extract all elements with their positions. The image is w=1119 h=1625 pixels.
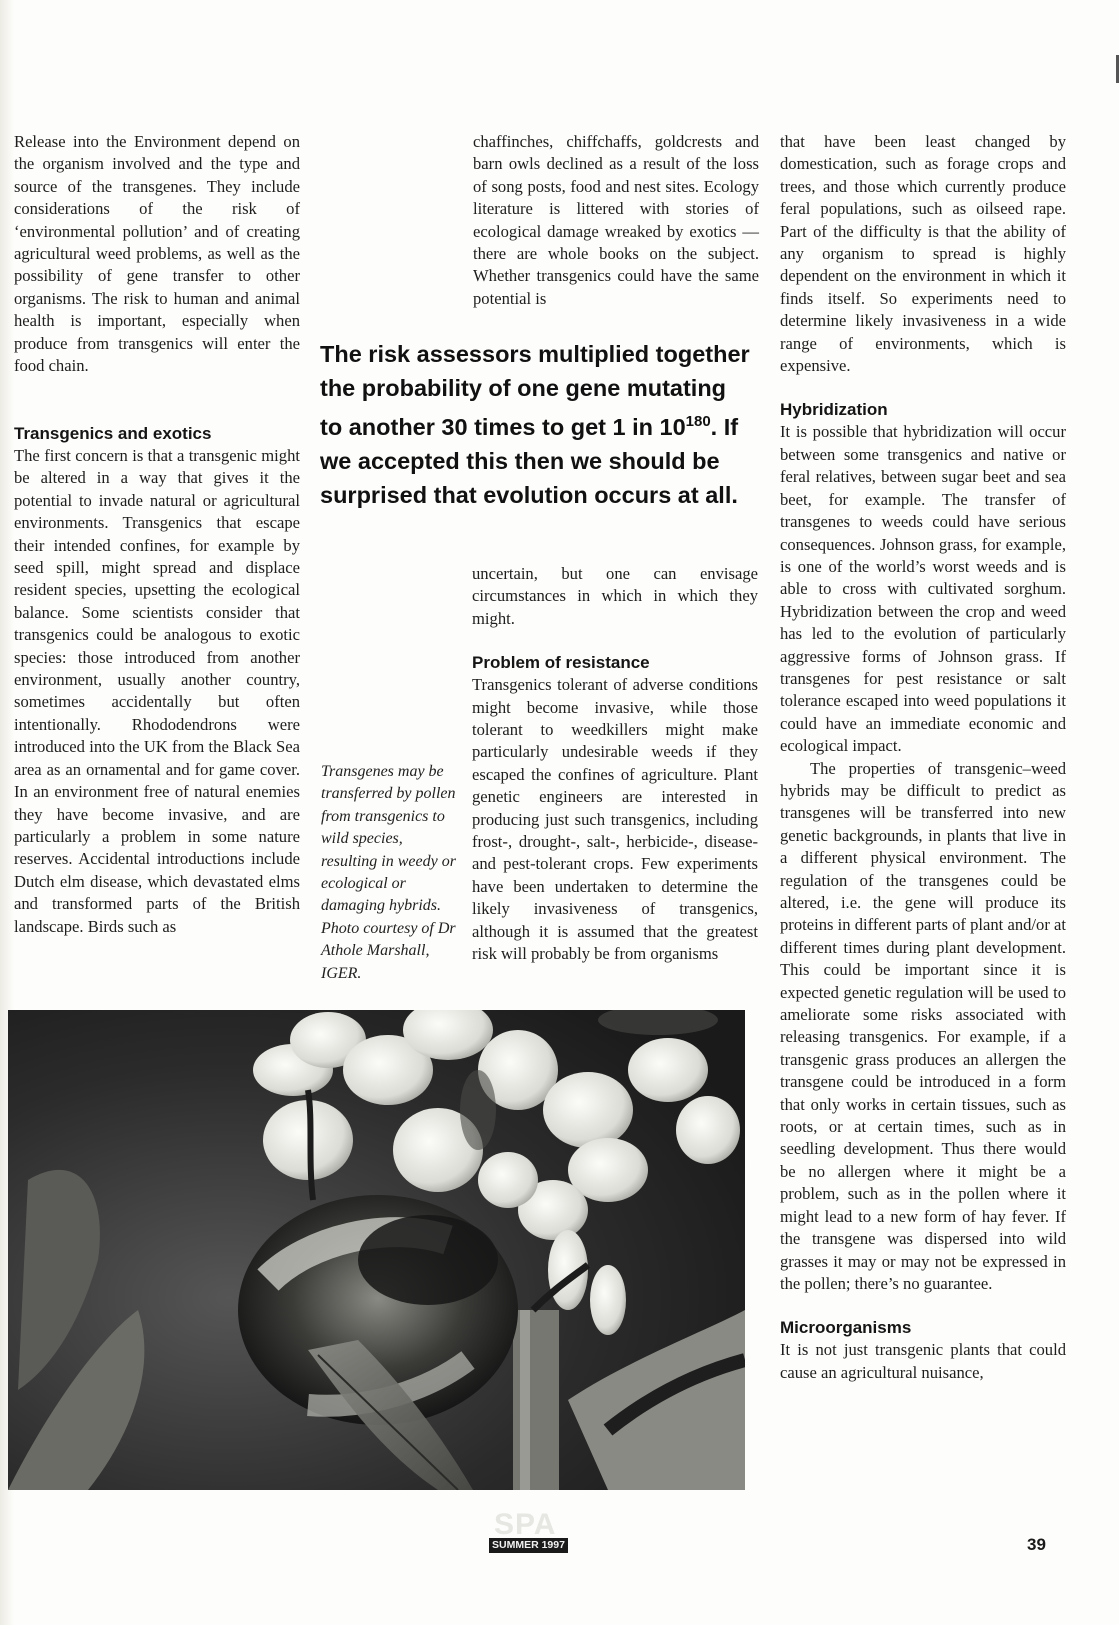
paragraph-continued: uncertain, but one can envisage circumst… [472, 563, 758, 630]
paragraph-intro: Release into the Environment depend on t… [14, 131, 300, 377]
paragraph-hybridization-2: The properties of transgenic–weed hybrid… [780, 758, 1066, 1296]
paragraph-birds: chaffinches, chiffchaffs, goldcrests and… [473, 131, 759, 310]
page-number: 39 [1027, 1535, 1046, 1555]
column-2-bottom: uncertain, but one can envisage circumst… [472, 563, 758, 966]
publication-logo: SPA [494, 1510, 556, 1540]
heading-microorganisms: Microorganisms [780, 1317, 1066, 1339]
heading-problem-of-resistance: Problem of resistance [472, 652, 758, 674]
column-1: Release into the Environment depend on t… [14, 131, 300, 377]
heading-transgenics-and-exotics: Transgenics and exotics [14, 423, 300, 445]
paragraph-domestication: that have been least changed by domestic… [780, 131, 1066, 377]
bumblebee-illustration [8, 1010, 745, 1490]
paragraph-exotics: The first concern is that a transgenic m… [14, 445, 300, 938]
issue-badge: SUMMER 1997 [489, 1538, 568, 1553]
pull-quote-exponent: 180 [686, 413, 711, 430]
paragraph-microorganisms: It is not just transgenic plants that co… [780, 1339, 1066, 1384]
column-1-section-exotics: Transgenics and exotics The first concer… [14, 423, 300, 938]
column-3: that have been least changed by domestic… [780, 131, 1066, 1384]
column-2-top: chaffinches, chiffchaffs, goldcrests and… [473, 131, 759, 310]
bumblebee-photo [8, 1010, 745, 1490]
photo-caption: Transgenes may be transferred by pollen … [321, 761, 461, 985]
pull-quote: The risk assessors multiplied together t… [320, 337, 750, 512]
heading-hybridization: Hybridization [780, 399, 1066, 421]
paragraph-hybridization-1: It is possible that hybridization will o… [780, 421, 1066, 757]
paragraph-resistance: Transgenics tolerant of adverse conditio… [472, 674, 758, 965]
